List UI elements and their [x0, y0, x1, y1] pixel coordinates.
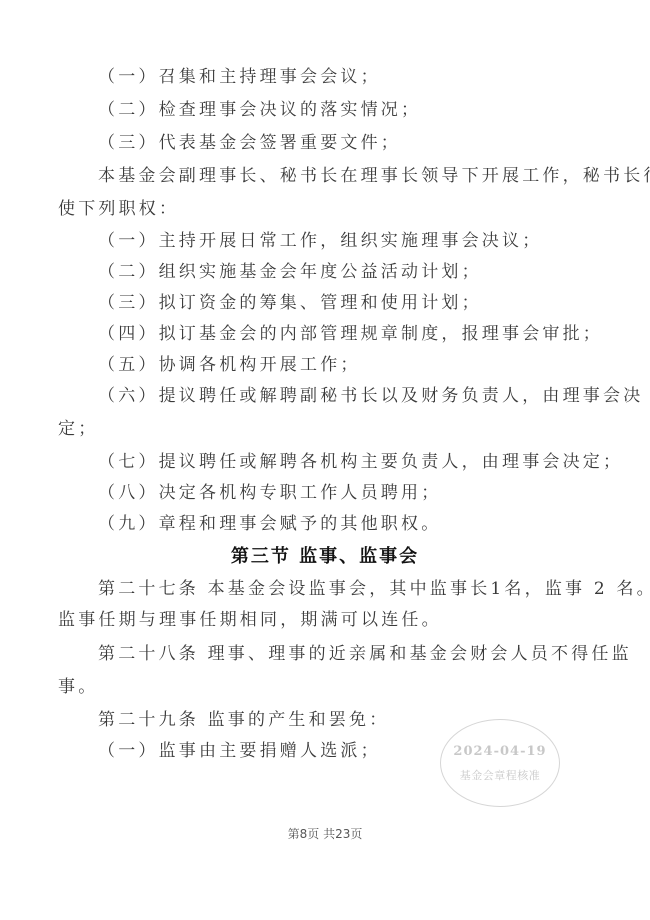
text-line: 第二十九条 监事的产生和罢免： — [98, 709, 389, 731]
stamp-date: 2024-04-19 — [441, 744, 559, 759]
section-heading: 第三节 监事、监事会 — [0, 542, 650, 568]
text-line: （一）监事由主要捐赠人选派； — [98, 740, 381, 762]
text-line: （四）拟订基金会的内部管理规章制度，报理事会审批； — [98, 323, 603, 345]
text-line: 第二十七条 本基金会设监事会，其中监事长1名，监事 2 名。 — [98, 578, 650, 600]
text-line: （七）提议聘任或解聘各机构主要负责人，由理事会决定； — [98, 451, 623, 473]
text-line: （八）决定各机构专职工作人员聘用； — [98, 482, 441, 504]
approval-stamp: 2024-04-19 基金会章程核准 — [440, 719, 560, 807]
text-line: （一）主持开展日常工作，组织实施理事会决议； — [98, 230, 542, 252]
text-line: （二）组织实施基金会年度公益活动计划； — [98, 261, 482, 283]
stamp-label: 基金会章程核准 — [441, 767, 559, 783]
text-line: 事。 — [58, 676, 98, 698]
page-number: 第8页 共23页 — [0, 825, 650, 842]
text-line: （三）拟订资金的筹集、管理和使用计划； — [98, 292, 482, 314]
text-line: 第二十八条 理事、理事的近亲属和基金会财会人员不得任监 — [98, 643, 632, 665]
text-line: （九）章程和理事会赋予的其他职权。 — [98, 513, 441, 535]
text-line: 使下列职权： — [58, 198, 179, 220]
text-line: （一）召集和主持理事会会议； — [98, 66, 381, 88]
text-line: （五）协调各机构开展工作； — [98, 354, 361, 376]
text-line: （六）提议聘任或解聘副秘书长以及财务负责人，由理事会决 — [98, 385, 643, 407]
text-line: 定； — [58, 418, 98, 440]
text-line: 监事任期与理事任期相同，期满可以连任。 — [58, 609, 442, 631]
text-line: （三）代表基金会签署重要文件； — [98, 132, 401, 154]
text-line: 本基金会副理事长、秘书长在理事长领导下开展工作，秘书长行 — [98, 165, 650, 187]
text-line: （二）检查理事会决议的落实情况； — [98, 99, 421, 121]
